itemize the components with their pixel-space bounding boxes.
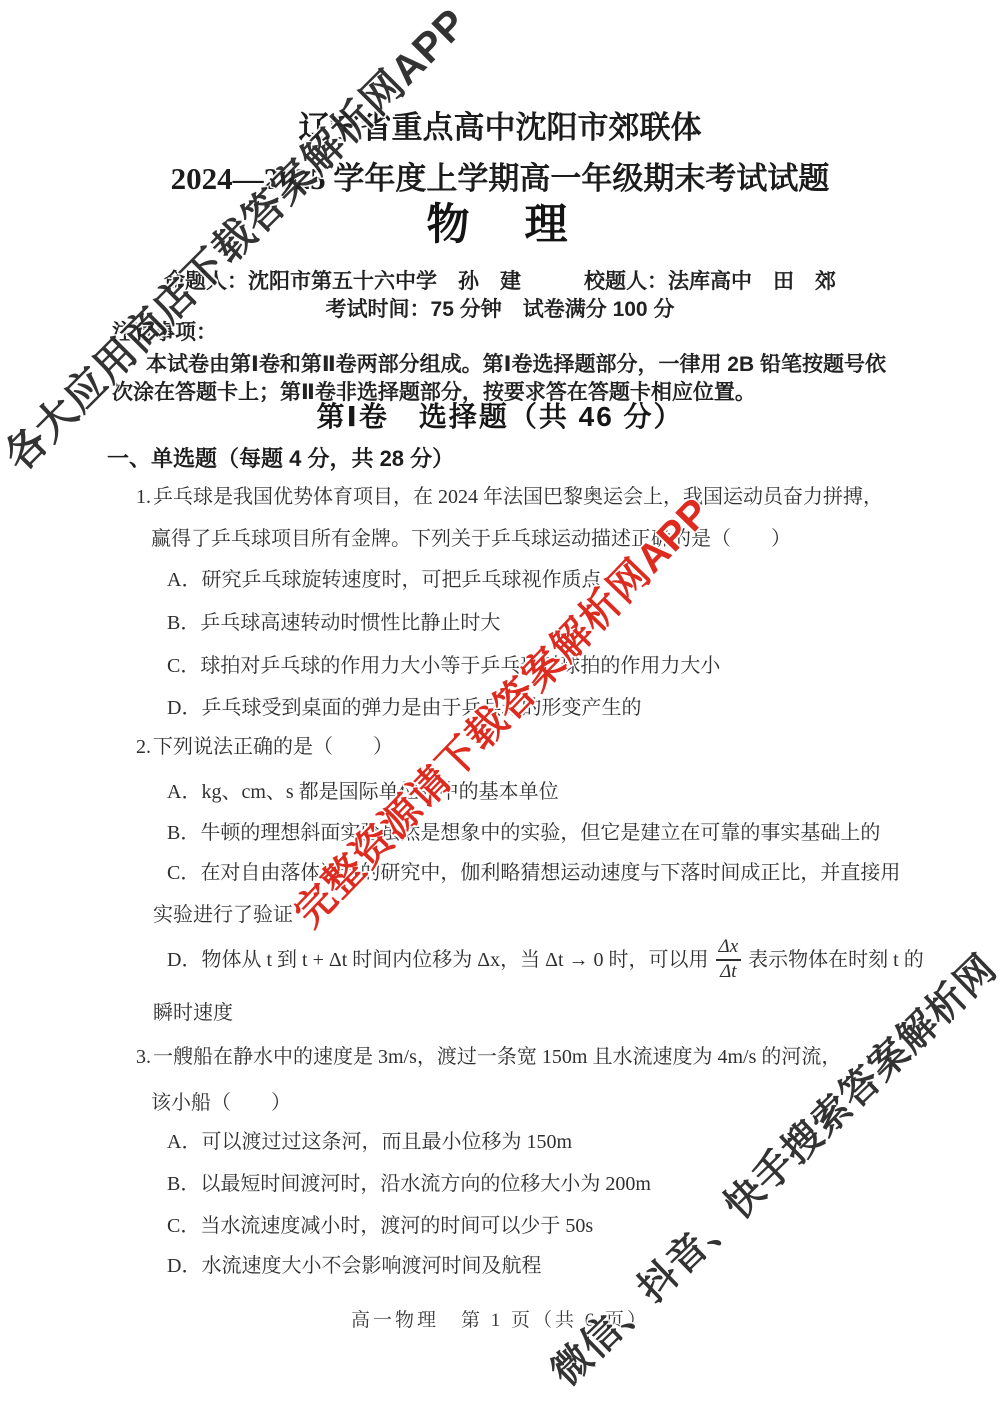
option-label-b: B． <box>167 612 200 635</box>
option-text: 以最短时间渡河时，沿水流方向的位移大小为 200m <box>200 1173 651 1195</box>
option-label-d: D． <box>167 1255 201 1278</box>
notice-line-1: 本试卷由第Ⅰ卷和第Ⅱ卷两部分组成。第Ⅰ卷选择题部分，一律用 2B 铅笔按题号依 <box>146 353 886 377</box>
section-heading: 一、单选题（每题 4 分，共 28 分） <box>107 446 454 471</box>
option-text-post: 表示物体在时刻 t 的 <box>748 949 924 972</box>
notice-title: 注意事项： <box>112 321 217 345</box>
fraction-numerator: Δx <box>716 937 742 961</box>
option-text: 在对自由落体运动的研究中，伽利略猜想运动速度与下落时间成正比，并直接用 <box>200 862 900 884</box>
question-1-stem-text: 乒乓球是我国优势体育项目，在 2024 年法国巴黎奥运会上，我国运动员奋力拼搏， <box>153 486 883 508</box>
option-label-c: C． <box>167 1215 200 1238</box>
question-1-option-b: B．乒乓球高速转动时惯性比静止时大 <box>167 612 500 635</box>
option-label-c: C． <box>167 862 200 885</box>
question-1-option-c: C．球拍对乒乓球的作用力大小等于乒乓球对球拍的作用力大小 <box>167 655 720 678</box>
exam-info-line: 考试时间：75 分钟 试卷满分 100 分 <box>0 298 1000 322</box>
option-text-pre: 物体从 t 到 t + Δt 时间内位移为 Δx，当 Δt → 0 时，可以用 <box>201 949 708 972</box>
option-text: kg、cm、s 都是国际单位制中的基本单位 <box>201 781 558 803</box>
school-title: 辽宁省重点高中沈阳市郊联体 <box>0 110 1000 146</box>
question-3-stem-line-2: 该小船（ ） <box>151 1092 291 1115</box>
question-1-number: 1. <box>136 486 153 509</box>
question-2-option-d-line-2: 瞬时速度 <box>153 1002 233 1025</box>
question-3-option-c: C．当水流速度减小时，渡河的时间可以少于 50s <box>167 1215 593 1238</box>
question-1-stem-line-1: 1.乒乓球是我国优势体育项目，在 2024 年法国巴黎奥运会上，我国运动员奋力拼… <box>136 486 883 509</box>
question-2-option-c-line-1: C．在对自由落体运动的研究中，伽利略猜想运动速度与下落时间成正比，并直接用 <box>167 862 900 885</box>
question-2-stem-line-1: 2.下列说法正确的是（ ） <box>136 736 393 759</box>
page-footer: 高一物理 第 1 页（共 6 页） <box>0 1310 1000 1332</box>
option-label-a: A． <box>167 781 201 804</box>
part1-title: 第Ⅰ卷 选择题（共 46 分） <box>0 401 1000 433</box>
option-label-d: D． <box>167 949 201 972</box>
option-label-d: D． <box>167 697 201 720</box>
question-2-option-b: B．牛顿的理想斜面实验虽然是想象中的实验，但它是建立在可靠的事实基础上的 <box>167 822 880 845</box>
authors-line: 命题人：沈阳市第五十六中学 孙 建 校题人：法库高中 田 郊 <box>0 270 1000 294</box>
delta-x-over-delta-t-fraction: ΔxΔt <box>716 937 742 983</box>
exam-paper-page: 辽宁省重点高中沈阳市郊联体 2024—2025 学年度上学期高一年级期末考试试题… <box>0 0 1000 1412</box>
option-text: 水流速度大小不会影响渡河时间及航程 <box>201 1255 541 1277</box>
option-text: 可以渡过过这条河，而且最小位移为 150m <box>201 1131 572 1153</box>
question-3-stem-line-1: 3.一艘船在静水中的速度是 3m/s，渡过一条宽 150m 且水流速度为 4m/… <box>136 1046 841 1069</box>
option-text: 乒乓球受到桌面的弹力是由于乒乓球的形变产生的 <box>201 697 641 719</box>
question-3-option-a: A．可以渡过过这条河，而且最小位移为 150m <box>167 1131 572 1154</box>
fraction-denominator: Δt <box>720 961 736 983</box>
question-1-option-d: D．乒乓球受到桌面的弹力是由于乒乓球的形变产生的 <box>167 697 641 720</box>
option-text: 乒乓球高速转动时惯性比静止时大 <box>200 612 500 634</box>
question-2-stem-text: 下列说法正确的是（ ） <box>153 736 393 758</box>
question-2-option-d: D．物体从 t 到 t + Δt 时间内位移为 Δx，当 Δt → 0 时，可以… <box>167 932 924 988</box>
option-label-a: A． <box>167 569 201 592</box>
option-text: 当水流速度减小时，渡河的时间可以少于 50s <box>200 1215 593 1237</box>
question-3-option-d: D．水流速度大小不会影响渡河时间及航程 <box>167 1255 541 1278</box>
question-2-number: 2. <box>136 736 153 759</box>
question-1-option-a: A．研究乒乓球旋转速度时，可把乒乓球视作质点 <box>167 569 601 592</box>
option-text: 牛顿的理想斜面实验虽然是想象中的实验，但它是建立在可靠的事实基础上的 <box>200 822 880 844</box>
option-label-c: C． <box>167 655 200 678</box>
option-text: 球拍对乒乓球的作用力大小等于乒乓球对球拍的作用力大小 <box>200 655 720 677</box>
option-label-a: A． <box>167 1131 201 1154</box>
option-text: 研究乒乓球旋转速度时，可把乒乓球视作质点 <box>201 569 601 591</box>
question-2-option-a: A．kg、cm、s 都是国际单位制中的基本单位 <box>167 781 559 804</box>
option-label-b: B． <box>167 1173 200 1196</box>
question-3-option-b: B．以最短时间渡河时，沿水流方向的位移大小为 200m <box>167 1173 651 1196</box>
option-label-b: B． <box>167 822 200 845</box>
question-2-option-c-line-2: 实验进行了验证 <box>153 904 293 927</box>
question-3-number: 3. <box>136 1046 153 1069</box>
question-3-stem-text: 一艘船在静水中的速度是 3m/s，渡过一条宽 150m 且水流速度为 4m/s … <box>153 1046 841 1068</box>
subject-title: 物 理 <box>0 201 1000 250</box>
question-1-stem-line-2: 赢得了乒乓球项目所有金牌。下列关于乒乓球运动描述正确的是（ ） <box>151 528 791 551</box>
exam-session-title: 2024—2025 学年度上学期高一年级期末考试试题 <box>0 161 1000 197</box>
